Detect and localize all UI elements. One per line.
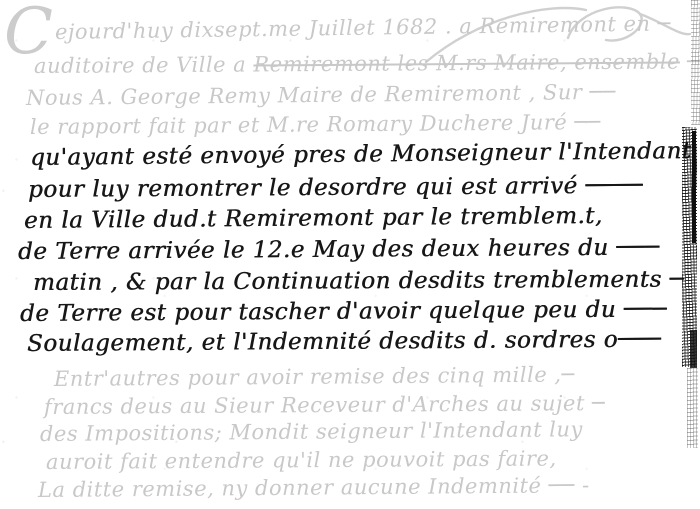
manuscript-line-16: La ditte remise, ny donner aucune Indemn… bbox=[38, 473, 590, 502]
line-2-pre: auditoire de Ville a bbox=[34, 52, 254, 78]
manuscript-line-5: qu'ayant esté envoyé pres de Monseigneur… bbox=[30, 138, 692, 171]
scan-edge-ink-blob bbox=[690, 330, 697, 368]
manuscript-line-3: Nous A. George Remy Maire de Remiremont … bbox=[26, 80, 616, 110]
manuscript-line-6: pour luy remontrer le desordre qui est a… bbox=[28, 173, 643, 203]
manuscript-line-2: auditoire de Ville a Remiremont les M.rs… bbox=[34, 49, 700, 78]
manuscript-line-15: auroit fait entendre qu'il ne pouvoit pa… bbox=[46, 446, 557, 474]
manuscript-line-8: de Terre arrivée le 12.e May des deux he… bbox=[18, 235, 660, 265]
manuscript-line-10: de Terre est pour tascher d'avoir quelqu… bbox=[20, 296, 667, 327]
manuscript-line-12: Entr'autres pour avoir remise des cinq m… bbox=[54, 362, 575, 391]
line-2-struck-text: Remiremont les M.rs Maire, ensemble bbox=[253, 49, 680, 76]
manuscript-line-9: matin , & par la Continuation desdits tr… bbox=[33, 267, 684, 296]
manuscript-line-14: des Impositions; Mondit seigneur l'Inten… bbox=[40, 417, 583, 446]
manuscript-line-7: en la Ville dud.t Remiremont par le trem… bbox=[24, 203, 603, 234]
manuscript-scan-page: C ejourd'huy dixsept.me Juillet 1682 . a… bbox=[0, 0, 700, 509]
manuscript-line-13: francs deus au Sieur Receveur d'Arches a… bbox=[44, 391, 605, 419]
scan-edge-speckle-top bbox=[691, 0, 700, 125]
scan-edge-speckle-bottom bbox=[687, 368, 698, 448]
manuscript-line-11: Soulagement, et l'Indemnité desdits d. s… bbox=[27, 327, 661, 357]
manuscript-line-4: le rapport fait par et M.re Romary Duche… bbox=[30, 110, 601, 139]
